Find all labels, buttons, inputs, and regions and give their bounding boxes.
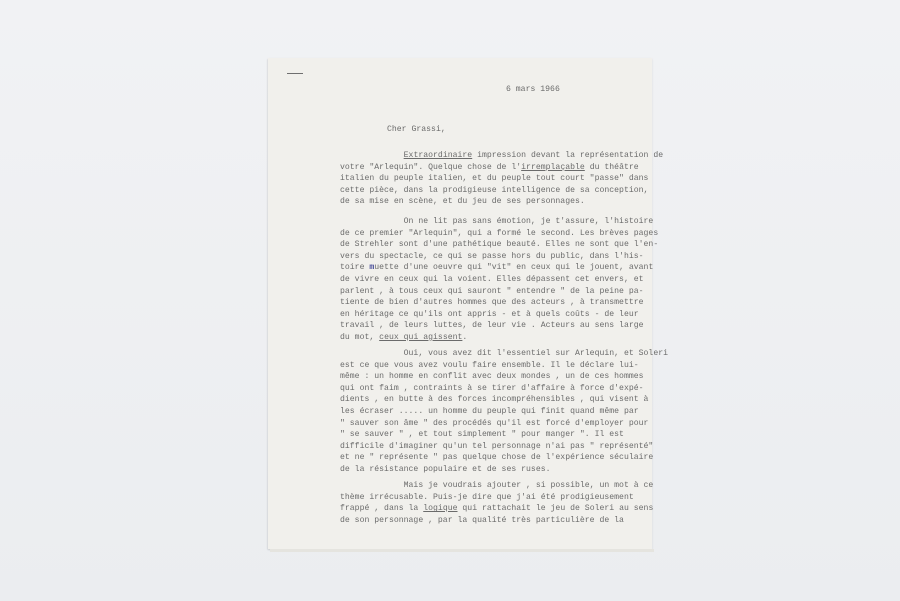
- text-line: frappé , dans la logique qui rattachait …: [340, 503, 653, 515]
- text-line: parlent , à tous ceux qui sauront " ente…: [340, 286, 658, 298]
- text-line: qui ont faim , contraints à se tirer d'a…: [340, 383, 668, 395]
- text-line: et ne " représente " pas quelque chose d…: [340, 452, 668, 464]
- text-segment: votre "Arlequin". Quelque chose de l': [340, 163, 521, 172]
- text-segment: de ce premier "Arlequin", qui a formé le…: [340, 229, 658, 238]
- underlined-word: ceux qui agissent: [379, 333, 462, 342]
- text-segment: difficile d'imaginer qu'un tel personnag…: [340, 442, 653, 451]
- text-line: Mais je voudrais ajouter , si possible, …: [340, 480, 653, 492]
- text-segment: de vivre en ceux qui la voient. Elles dé…: [340, 275, 644, 284]
- text-line: dients , en butte à des forces incompréh…: [340, 394, 668, 406]
- text-line: de vivre en ceux qui la voient. Elles dé…: [340, 274, 658, 286]
- underlined-word: Extraordinaire: [404, 151, 473, 160]
- text-line: vers du spectacle, ce qui se passe hors …: [340, 251, 658, 263]
- text-line: les écraser ..... un homme du peuple qui…: [340, 406, 668, 418]
- text-segment: est ce que vous avez voulu faire ensembl…: [340, 361, 639, 370]
- text-line: difficile d'imaginer qu'un tel personnag…: [340, 441, 668, 453]
- text-segment: parlent , à tous ceux qui sauront " ente…: [340, 287, 644, 296]
- text-line: même : un homme en conflit avec deux mon…: [340, 371, 668, 383]
- text-segment: .: [462, 333, 467, 342]
- text-segment: " se sauver " , et tout simplement " pou…: [340, 430, 624, 439]
- text-line: " se sauver " , et tout simplement " pou…: [340, 429, 668, 441]
- text-line: cette pièce, dans la prodigieuse intelli…: [340, 185, 663, 197]
- text-segment: les écraser ..... un homme du peuple qui…: [340, 407, 639, 416]
- text-segment: qui ont faim , contraints à se tirer d'a…: [340, 384, 644, 393]
- text-line: de son personnage , par la qualité très …: [340, 515, 653, 527]
- text-segment: Oui, vous avez dit l'essentiel sur Arleq…: [340, 349, 668, 358]
- text-segment: " sauver son âme " des procédés qu'il es…: [340, 419, 648, 428]
- paragraph-1: Extraordinaire impression devant la repr…: [340, 150, 663, 208]
- text-line: de sa mise en scène, et du jeu de ses pe…: [340, 196, 663, 208]
- text-line: Extraordinaire impression devant la repr…: [340, 150, 663, 162]
- text-line: On ne lit pas sans émotion, je t'assure,…: [340, 216, 658, 228]
- underlined-word: logique: [423, 504, 457, 513]
- paragraph-3: Oui, vous avez dit l'essentiel sur Arleq…: [340, 348, 668, 476]
- text-line: italien du peuple italien, et du peuple …: [340, 173, 663, 185]
- text-line: est ce que vous avez voulu faire ensembl…: [340, 360, 668, 372]
- text-segment: Mais je voudrais ajouter , si possible, …: [340, 481, 653, 490]
- paragraph-4: Mais je voudrais ajouter , si possible, …: [340, 480, 653, 526]
- text-segment: de sa mise en scène, et du jeu de ses pe…: [340, 197, 585, 206]
- text-segment: du mot,: [340, 333, 379, 342]
- text-line: de Strehler sont d'une pathétique beauté…: [340, 239, 658, 251]
- text-segment: tiente de bien d'autres hommes que des a…: [340, 298, 644, 307]
- letter-salutation: Cher Grassi,: [387, 124, 446, 136]
- text-segment: vers du spectacle, ce qui se passe hors …: [340, 252, 644, 261]
- text-line: thème irrécusable. Puis-je dire que j'ai…: [340, 492, 653, 504]
- letter-date: 6 mars 1966: [506, 84, 560, 96]
- text-segment: italien du peuple italien, et du peuple …: [340, 174, 648, 183]
- text-line: Oui, vous avez dit l'essentiel sur Arleq…: [340, 348, 668, 360]
- text-line: toire muette d'une oeuvre qui "vit" en c…: [340, 262, 658, 274]
- text-segment: en héritage ce qu'ils ont appris - et à …: [340, 310, 639, 319]
- text-segment: cette pièce, dans la prodigieuse intelli…: [340, 186, 648, 195]
- text-segment: de son personnage , par la qualité très …: [340, 516, 624, 525]
- text-line: tiente de bien d'autres hommes que des a…: [340, 297, 658, 309]
- header-mark: [287, 73, 303, 74]
- text-segment: impression devant la représentation de: [472, 151, 663, 160]
- text-segment: frappé , dans la: [340, 504, 423, 513]
- text-segment: de la résistance populaire et de ses rus…: [340, 465, 551, 474]
- text-segment: On ne lit pas sans émotion, je t'assure,…: [340, 217, 653, 226]
- text-line: de la résistance populaire et de ses rus…: [340, 464, 668, 476]
- text-segment: qui rattachait le jeu de Soleri au sens: [458, 504, 654, 513]
- text-line: du mot, ceux qui agissent.: [340, 332, 658, 344]
- text-line: de ce premier "Arlequin", qui a formé le…: [340, 228, 658, 240]
- text-segment: uette d'une oeuvre qui "vit" en ceux qui…: [374, 263, 653, 272]
- underlined-word: irremplaçable: [521, 163, 585, 172]
- text-segment: travail , de leurs luttes, de leur vie .…: [340, 321, 644, 330]
- text-segment: du théâtre: [585, 163, 639, 172]
- text-segment: même : un homme en conflit avec deux mon…: [340, 372, 644, 381]
- text-line: votre "Arlequin". Quelque chose de l'irr…: [340, 162, 663, 174]
- text-segment: [340, 151, 404, 160]
- text-line: travail , de leurs luttes, de leur vie .…: [340, 320, 658, 332]
- text-segment: dients , en butte à des forces incompréh…: [340, 395, 648, 404]
- text-segment: toire: [340, 263, 369, 272]
- text-line: " sauver son âme " des procédés qu'il es…: [340, 418, 668, 430]
- text-segment: thème irrécusable. Puis-je dire que j'ai…: [340, 493, 634, 502]
- text-segment: de Strehler sont d'une pathétique beauté…: [340, 240, 658, 249]
- letter-page: 6 mars 1966 Cher Grassi, Extraordinaire …: [268, 58, 652, 549]
- paragraph-2: On ne lit pas sans émotion, je t'assure,…: [340, 216, 658, 344]
- text-segment: et ne " représente " pas quelque chose d…: [340, 453, 653, 462]
- text-line: en héritage ce qu'ils ont appris - et à …: [340, 309, 658, 321]
